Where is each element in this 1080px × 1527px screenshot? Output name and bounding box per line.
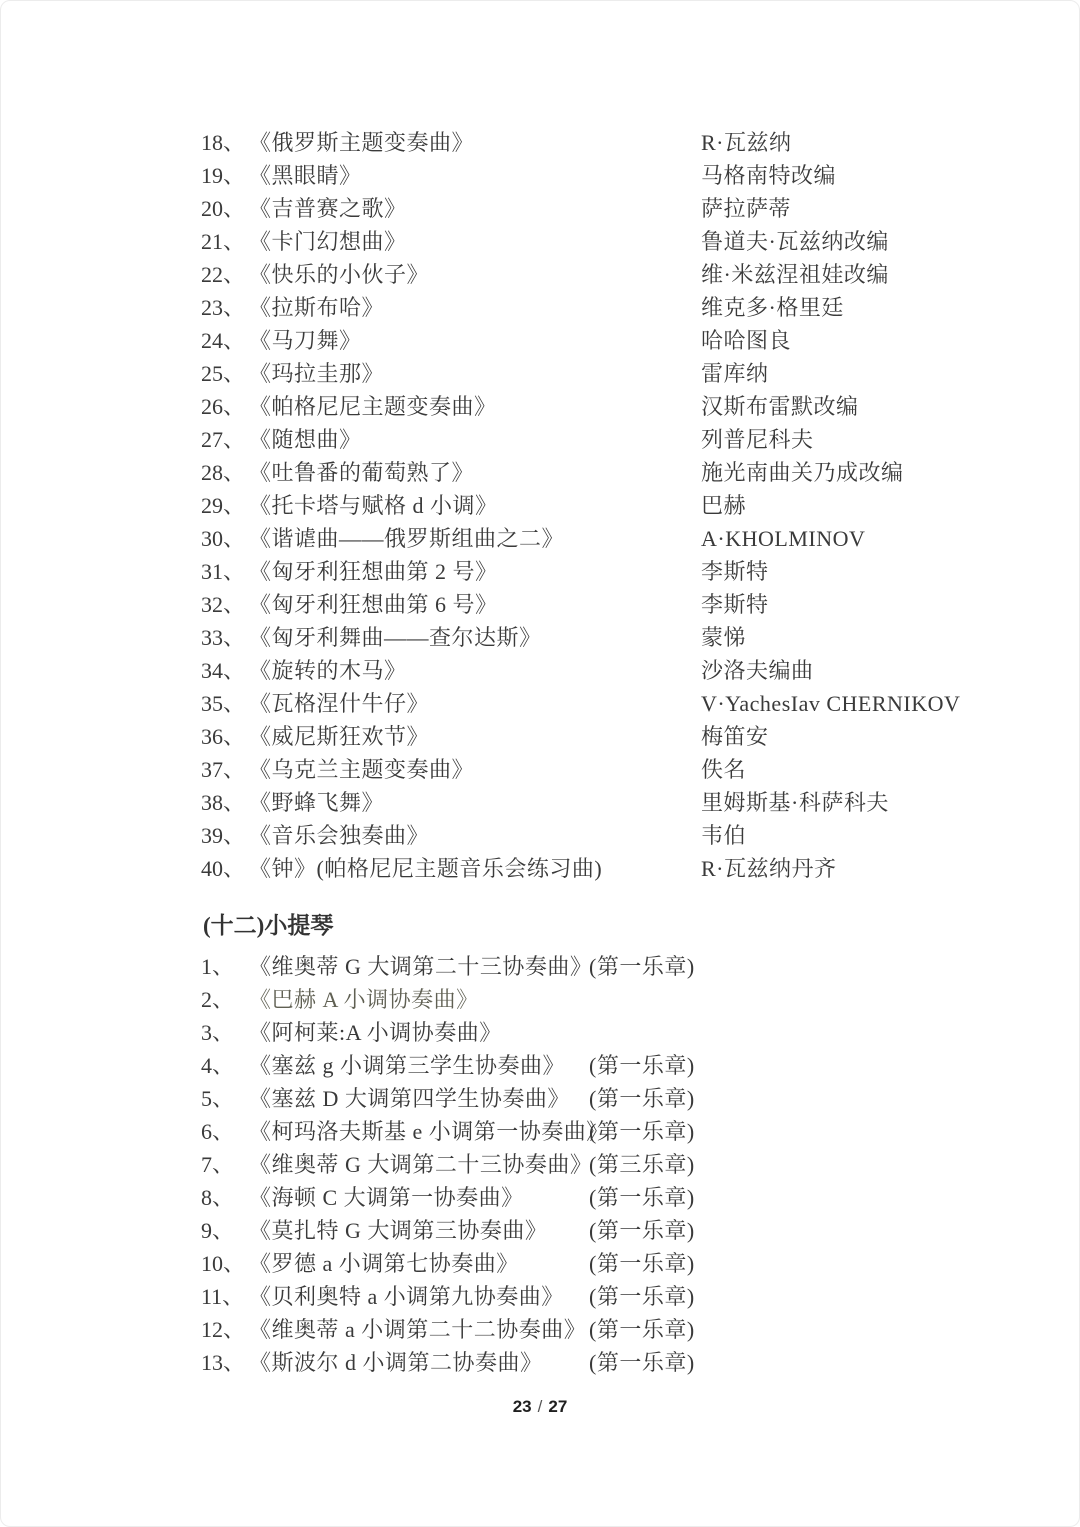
item-number: 24、 xyxy=(201,324,249,357)
item-number: 33、 xyxy=(201,621,249,654)
item-title: 《阿柯莱:A 小调协奏曲》 xyxy=(249,1020,502,1045)
item-title: 《帕格尼尼主题变奏曲》 xyxy=(249,394,497,419)
repertoire-row: 25、《玛拉圭那》 雷库纳 xyxy=(1,357,1079,390)
item-number: 36、 xyxy=(201,720,249,753)
movement-note: (第一乐章) xyxy=(589,1049,695,1082)
item-composer: 李斯特 xyxy=(701,555,769,588)
item-composer: 佚名 xyxy=(701,753,746,786)
item-number: 32、 xyxy=(201,588,249,621)
item-number: 37、 xyxy=(201,753,249,786)
item-composer: 哈哈图良 xyxy=(701,324,791,357)
item-number: 19、 xyxy=(201,159,249,192)
item-title: 《卡门幻想曲》 xyxy=(249,229,407,254)
repertoire-row: 31、《匈牙利狂想曲第 2 号》 李斯特 xyxy=(1,555,1079,588)
item-number: 26、 xyxy=(201,390,249,423)
repertoire-row: 13、《斯波尔 d 小调第二协奏曲》 (第一乐章) xyxy=(1,1346,1079,1379)
repertoire-row: 38、《野蜂飞舞》 里姆斯基·科萨科夫 xyxy=(1,786,1079,819)
movement-note: (第一乐章) xyxy=(589,1247,695,1280)
item-title: 《匈牙利狂想曲第 2 号》 xyxy=(249,559,498,584)
item-number: 18、 xyxy=(201,126,249,159)
item-number: 10、 xyxy=(201,1247,249,1280)
repertoire-row: 18、《俄罗斯主题变奏曲》 R·瓦兹纳 xyxy=(1,126,1079,159)
repertoire-row: 6、《柯玛洛夫斯基 e 小调第一协奏曲》 (第一乐章) xyxy=(1,1115,1079,1148)
item-title: 《匈牙利舞曲——查尔达斯》 xyxy=(249,625,542,650)
item-composer: 维·米兹涅祖娃改编 xyxy=(701,258,889,291)
movement-note: (第一乐章) xyxy=(589,950,695,983)
repertoire-row: 29、《托卡塔与赋格 d 小调》 巴赫 xyxy=(1,489,1079,522)
item-title: 《斯波尔 d 小调第二协奏曲》 xyxy=(249,1350,543,1375)
repertoire-row: 11、《贝利奥特 a 小调第九协奏曲》 (第一乐章) xyxy=(1,1280,1079,1313)
item-number: 35、 xyxy=(201,687,249,720)
item-title: 《贝利奥特 a 小调第九协奏曲》 xyxy=(249,1284,564,1309)
repertoire-row: 33、《匈牙利舞曲——查尔达斯》 蒙悌 xyxy=(1,621,1079,654)
item-title: 《俄罗斯主题变奏曲》 xyxy=(249,130,474,155)
repertoire-row: 9、《莫扎特 G 大调第三协奏曲》 (第一乐章) xyxy=(1,1214,1079,1247)
item-number: 2、 xyxy=(201,983,249,1016)
item-title: 《托卡塔与赋格 d 小调》 xyxy=(249,493,498,518)
repertoire-row: 7、《维奥蒂 G 大调第二十三协奏曲》 (第三乐章) xyxy=(1,1148,1079,1181)
item-title: 《黑眼睛》 xyxy=(249,163,362,188)
repertoire-row: 23、《拉斯布哈》 维克多·格里廷 xyxy=(1,291,1079,324)
repertoire-row: 4、《塞兹 g 小调第三学生协奏曲》 (第一乐章) xyxy=(1,1049,1079,1082)
item-title: 《拉斯布哈》 xyxy=(249,295,384,320)
item-title: 《吐鲁番的葡萄熟了》 xyxy=(249,460,474,485)
item-title: 《塞兹 D 大调第四学生协奏曲》 xyxy=(249,1086,570,1111)
repertoire-row: 27、《随想曲》 列普尼科夫 xyxy=(1,423,1079,456)
item-title: 《野蜂飞舞》 xyxy=(249,790,384,815)
movement-note: (第一乐章) xyxy=(589,1181,695,1214)
item-composer: A·KHOLMINOV xyxy=(701,522,865,555)
item-number: 25、 xyxy=(201,357,249,390)
item-composer: 沙洛夫编曲 xyxy=(701,654,814,687)
item-composer: 李斯特 xyxy=(701,588,769,621)
repertoire-row: 19、《黑眼睛》 马格南特改编 xyxy=(1,159,1079,192)
item-number: 27、 xyxy=(201,423,249,456)
item-composer: V·YachesIav CHERNIKOV xyxy=(701,687,960,720)
repertoire-row: 20、《吉普赛之歌》 萨拉萨蒂 xyxy=(1,192,1079,225)
repertoire-row: 3、《阿柯莱:A 小调协奏曲》 xyxy=(1,1016,1079,1049)
item-title: 《旋转的木马》 xyxy=(249,658,407,683)
item-composer: 里姆斯基·科萨科夫 xyxy=(701,786,889,819)
item-number: 28、 xyxy=(201,456,249,489)
movement-note: (第一乐章) xyxy=(589,1214,695,1247)
repertoire-row: 35、《瓦格涅什牛仔》 V·YachesIav CHERNIKOV xyxy=(1,687,1079,720)
repertoire-row: 10、《罗德 a 小调第七协奏曲》 (第一乐章) xyxy=(1,1247,1079,1280)
item-composer: 鲁道夫·瓦兹纳改编 xyxy=(701,225,889,258)
repertoire-row: 1、《维奥蒂 G 大调第二十三协奏曲》 (第一乐章) xyxy=(1,950,1079,983)
page-separator: / xyxy=(538,1397,543,1416)
item-title: 《维奥蒂 G 大调第二十三协奏曲》 xyxy=(249,954,592,979)
item-composer: 萨拉萨蒂 xyxy=(701,192,791,225)
item-number: 7、 xyxy=(201,1148,249,1181)
item-title: 《塞兹 g 小调第三学生协奏曲》 xyxy=(249,1053,565,1078)
item-composer: 梅笛安 xyxy=(701,720,769,753)
page-content: 18、《俄罗斯主题变奏曲》 R·瓦兹纳 19、《黑眼睛》 马格南特改编 20、《… xyxy=(1,1,1079,1417)
item-composer: 雷库纳 xyxy=(701,357,769,390)
repertoire-row: 21、《卡门幻想曲》 鲁道夫·瓦兹纳改编 xyxy=(1,225,1079,258)
item-number: 21、 xyxy=(201,225,249,258)
item-title: 《匈牙利狂想曲第 6 号》 xyxy=(249,592,498,617)
item-title: 《玛拉圭那》 xyxy=(249,361,384,386)
repertoire-row: 24、《马刀舞》 哈哈图良 xyxy=(1,324,1079,357)
item-title: 《乌克兰主题变奏曲》 xyxy=(249,757,474,782)
item-title: 《音乐会独奏曲》 xyxy=(249,823,429,848)
item-title: 《莫扎特 G 大调第三协奏曲》 xyxy=(249,1218,547,1243)
repertoire-row: 22、《快乐的小伙子》 维·米兹涅祖娃改编 xyxy=(1,258,1079,291)
movement-note: (第三乐章) xyxy=(589,1148,695,1181)
item-number: 23、 xyxy=(201,291,249,324)
section-heading-violin: (十二)小提琴 xyxy=(1,909,1079,942)
repertoire-row: 34、《旋转的木马》 沙洛夫编曲 xyxy=(1,654,1079,687)
page-footer: 23/27 xyxy=(1,1397,1079,1417)
item-number: 38、 xyxy=(201,786,249,819)
item-number: 3、 xyxy=(201,1016,249,1049)
item-title: 《维奥蒂 G 大调第二十三协奏曲》 xyxy=(249,1152,592,1177)
item-composer: 蒙悌 xyxy=(701,621,746,654)
item-composer: 施光南曲关乃成改编 xyxy=(701,456,904,489)
movement-note: (第一乐章) xyxy=(589,1313,695,1346)
item-number: 31、 xyxy=(201,555,249,588)
item-number: 20、 xyxy=(201,192,249,225)
item-title: 《巴赫 A 小调协奏曲》 xyxy=(249,987,479,1012)
item-number: 34、 xyxy=(201,654,249,687)
item-title: 《威尼斯狂欢节》 xyxy=(249,724,429,749)
item-title: 《谐谑曲——俄罗斯组曲之二》 xyxy=(249,526,564,551)
item-number: 13、 xyxy=(201,1346,249,1379)
item-number: 39、 xyxy=(201,819,249,852)
item-number: 9、 xyxy=(201,1214,249,1247)
repertoire-row: 30、《谐谑曲——俄罗斯组曲之二》 A·KHOLMINOV xyxy=(1,522,1079,555)
item-number: 40、 xyxy=(201,852,249,885)
item-number: 8、 xyxy=(201,1181,249,1214)
item-title: 《钟》(帕格尼尼主题音乐会练习曲) xyxy=(249,856,602,881)
item-composer: R·瓦兹纳丹齐 xyxy=(701,852,837,885)
repertoire-list-accordion: 18、《俄罗斯主题变奏曲》 R·瓦兹纳 19、《黑眼睛》 马格南特改编 20、《… xyxy=(1,126,1079,885)
repertoire-row: 8、《海顿 C 大调第一协奏曲》 (第一乐章) xyxy=(1,1181,1079,1214)
repertoire-row: 12、《维奥蒂 a 小调第二十二协奏曲》 (第一乐章) xyxy=(1,1313,1079,1346)
item-number: 1、 xyxy=(201,950,249,983)
item-title: 《马刀舞》 xyxy=(249,328,362,353)
item-composer: R·瓦兹纳 xyxy=(701,126,792,159)
item-number: 5、 xyxy=(201,1082,249,1115)
item-number: 22、 xyxy=(201,258,249,291)
item-title: 《罗德 a 小调第七协奏曲》 xyxy=(249,1251,519,1276)
item-composer: 马格南特改编 xyxy=(701,159,836,192)
item-title: 《海顿 C 大调第一协奏曲》 xyxy=(249,1185,524,1210)
item-title: 《随想曲》 xyxy=(249,427,362,452)
item-composer: 汉斯布雷默改编 xyxy=(701,390,859,423)
item-number: 4、 xyxy=(201,1049,249,1082)
repertoire-row: 28、《吐鲁番的葡萄熟了》 施光南曲关乃成改编 xyxy=(1,456,1079,489)
current-page-number: 23 xyxy=(513,1397,532,1416)
total-page-number: 27 xyxy=(548,1397,567,1416)
repertoire-list-violin: 1、《维奥蒂 G 大调第二十三协奏曲》 (第一乐章) 2、《巴赫 A 小调协奏曲… xyxy=(1,950,1079,1379)
repertoire-row: 2、《巴赫 A 小调协奏曲》 xyxy=(1,983,1079,1016)
item-number: 11、 xyxy=(201,1280,249,1313)
movement-note: (第一乐章) xyxy=(589,1346,695,1379)
repertoire-row: 5、《塞兹 D 大调第四学生协奏曲》 (第一乐章) xyxy=(1,1082,1079,1115)
repertoire-row: 32、《匈牙利狂想曲第 6 号》 李斯特 xyxy=(1,588,1079,621)
repertoire-row: 39、《音乐会独奏曲》 韦伯 xyxy=(1,819,1079,852)
item-number: 6、 xyxy=(201,1115,249,1148)
repertoire-row: 36、《威尼斯狂欢节》 梅笛安 xyxy=(1,720,1079,753)
item-title: 《快乐的小伙子》 xyxy=(249,262,429,287)
item-title: 《吉普赛之歌》 xyxy=(249,196,407,221)
item-composer: 韦伯 xyxy=(701,819,746,852)
item-title: 《柯玛洛夫斯基 e 小调第一协奏曲》 xyxy=(249,1119,609,1144)
movement-note: (第一乐章) xyxy=(589,1280,695,1313)
movement-note: (第一乐章) xyxy=(589,1082,695,1115)
item-composer: 列普尼科夫 xyxy=(701,423,814,456)
repertoire-row: 40、《钟》(帕格尼尼主题音乐会练习曲) R·瓦兹纳丹齐 xyxy=(1,852,1079,885)
item-composer: 维克多·格里廷 xyxy=(701,291,844,324)
item-composer: 巴赫 xyxy=(701,489,746,522)
item-number: 30、 xyxy=(201,522,249,555)
document-page: 18、《俄罗斯主题变奏曲》 R·瓦兹纳 19、《黑眼睛》 马格南特改编 20、《… xyxy=(0,0,1080,1527)
item-number: 12、 xyxy=(201,1313,249,1346)
item-title: 《维奥蒂 a 小调第二十二协奏曲》 xyxy=(249,1317,586,1342)
movement-note: (第一乐章) xyxy=(589,1115,695,1148)
repertoire-row: 37、《乌克兰主题变奏曲》 佚名 xyxy=(1,753,1079,786)
repertoire-row: 26、《帕格尼尼主题变奏曲》 汉斯布雷默改编 xyxy=(1,390,1079,423)
item-title: 《瓦格涅什牛仔》 xyxy=(249,691,429,716)
item-number: 29、 xyxy=(201,489,249,522)
